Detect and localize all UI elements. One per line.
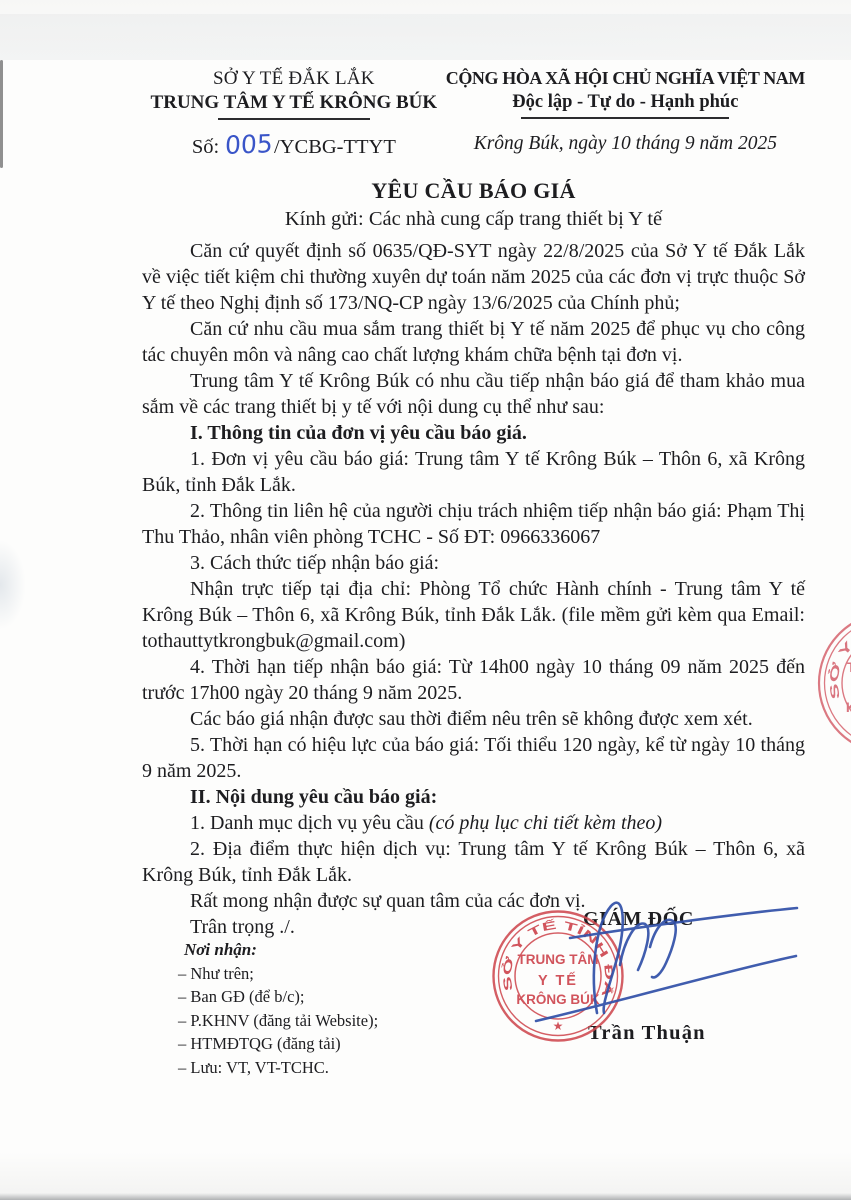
section-1-item-2: 2. Thông tin liên hệ của người chịu trác… [142,498,805,550]
section-2-item-1-text: 1. Danh mục dịch vụ yêu cầu [190,812,429,834]
recipients-block: Nơi nhận: – Như trên; – Ban GĐ (để b/c);… [178,938,378,1079]
national-header-block: CỘNG HÒA XÃ HỘI CHỦ NGHĨA VIỆT NAM Độc l… [446,68,805,159]
scan-smudge-left [0,540,26,630]
section-1-item-3-detail: Nhận trực tiếp tại địa chỉ: Phòng Tổ chứ… [142,576,805,654]
section-1-item-4: 4. Thời hạn tiếp nhận báo giá: Từ 14h00 … [142,654,805,706]
stamp-center-line2: Y TẾ [538,972,578,989]
recipient-item: – Ban GĐ (để b/c); [178,985,378,1009]
closing-line-2: Trân trọng ./. [142,914,805,940]
parent-org-name: SỞ Y TẾ ĐẮK LẮK [142,68,446,90]
recipient-item: – HTMĐTQG (đăng tải) [178,1032,378,1056]
closing-line-1: Rất mong nhận được sự quan tâm của các đ… [142,888,805,914]
section-1-item-3: 3. Cách thức tiếp nhận báo giá: [142,550,805,576]
salutation-line: Kính gửi: Các nhà cung cấp trang thiết b… [142,208,805,231]
scan-artifact-left-edge [0,60,3,168]
stamp-star-icon: ★ [553,1019,564,1033]
place-date-line: Krông Búk, ngày 10 tháng 9 năm 2025 [446,133,805,155]
recipient-item: – Như trên; [178,962,378,986]
doc-number-suffix: /YCBG-TTYT [274,136,396,158]
document-number-line: Số: 005/YCBG-TTYT [142,136,446,159]
edge-stamp-center-line3: KRÔNG BÚK [846,698,851,715]
scan-shade-top [0,14,851,60]
scan-shade-bottom [0,1193,851,1200]
document-title: YÊU CẦU BÁO GIÁ [142,178,805,204]
section-1-item-1: 1. Đơn vị yêu cầu báo giá: Trung tâm Y t… [142,446,805,498]
section-1-item-4-note: Các báo giá nhận được sau thời điểm nêu … [142,706,805,732]
paragraph-basis-2: Căn cứ nhu cầu mua sắm trang thiết bị Y … [142,316,805,368]
section-2-item-2: 2. Địa điểm thực hiện dịch vụ: Trung tâm… [142,836,805,888]
issuing-org-block: SỞ Y TẾ ĐẮK LẮK TRUNG TÂM Y TẾ KRÔNG BÚK… [142,68,446,159]
section-1-heading: I. Thông tin của đơn vị yêu cầu báo giá. [142,420,805,446]
national-motto: Độc lập - Tự do - Hạnh phúc [446,92,805,113]
stamp-center-line1: TRUNG TÂM [518,952,599,967]
edge-stamp-center-line1: TRUNG TÂM [847,658,851,675]
stamp-center-line3: KRÔNG BÚK [516,992,599,1007]
document-content: SỞ Y TẾ ĐẮK LẮK TRUNG TÂM Y TẾ KRÔNG BÚK… [142,68,805,940]
org-name: TRUNG TÂM Y TẾ KRÔNG BÚK [142,92,446,114]
national-title: CỘNG HÒA XÃ HỘI CHỦ NGHĨA VIỆT NAM [446,68,805,89]
scanned-document-page: SỞ Y TẾ ĐẮK LẮK TRUNG TÂM Y TẾ KRÔNG BÚK… [0,0,851,1200]
recipient-item: – P.KHNV (đăng tải Website); [178,1009,378,1033]
paragraph-basis-1: Căn cứ quyết định số 0635/QĐ-SYT ngày 22… [142,238,805,316]
section-2-heading: II. Nội dung yêu cầu báo giá: [142,784,805,810]
recipients-label: Nơi nhận: [184,938,378,962]
org-underline [218,118,370,120]
paragraph-intro: Trung tâm Y tế Krông Búk có nhu cầu tiếp… [142,368,805,420]
doc-number-handwritten: 005 [225,144,273,146]
document-header: SỞ Y TẾ ĐẮK LẮK TRUNG TÂM Y TẾ KRÔNG BÚK… [142,68,805,159]
recipient-item: – Lưu: VT, VT-TCHC. [178,1056,378,1080]
section-2-item-1: 1. Danh mục dịch vụ yêu cầu (có phụ lục … [142,810,805,836]
motto-underline [521,117,729,119]
signer-name: Trần Thuận [588,1022,706,1045]
doc-number-label: Số: [192,136,219,158]
section-2-item-1-note: (có phụ lục chi tiết kèm theo) [429,812,662,834]
section-1-item-5: 5. Thời hạn có hiệu lực của báo giá: Tối… [142,732,805,784]
signer-title: GIÁM ĐỐC [583,908,694,931]
document-body: Căn cứ quyết định số 0635/QĐ-SYT ngày 22… [142,238,805,940]
